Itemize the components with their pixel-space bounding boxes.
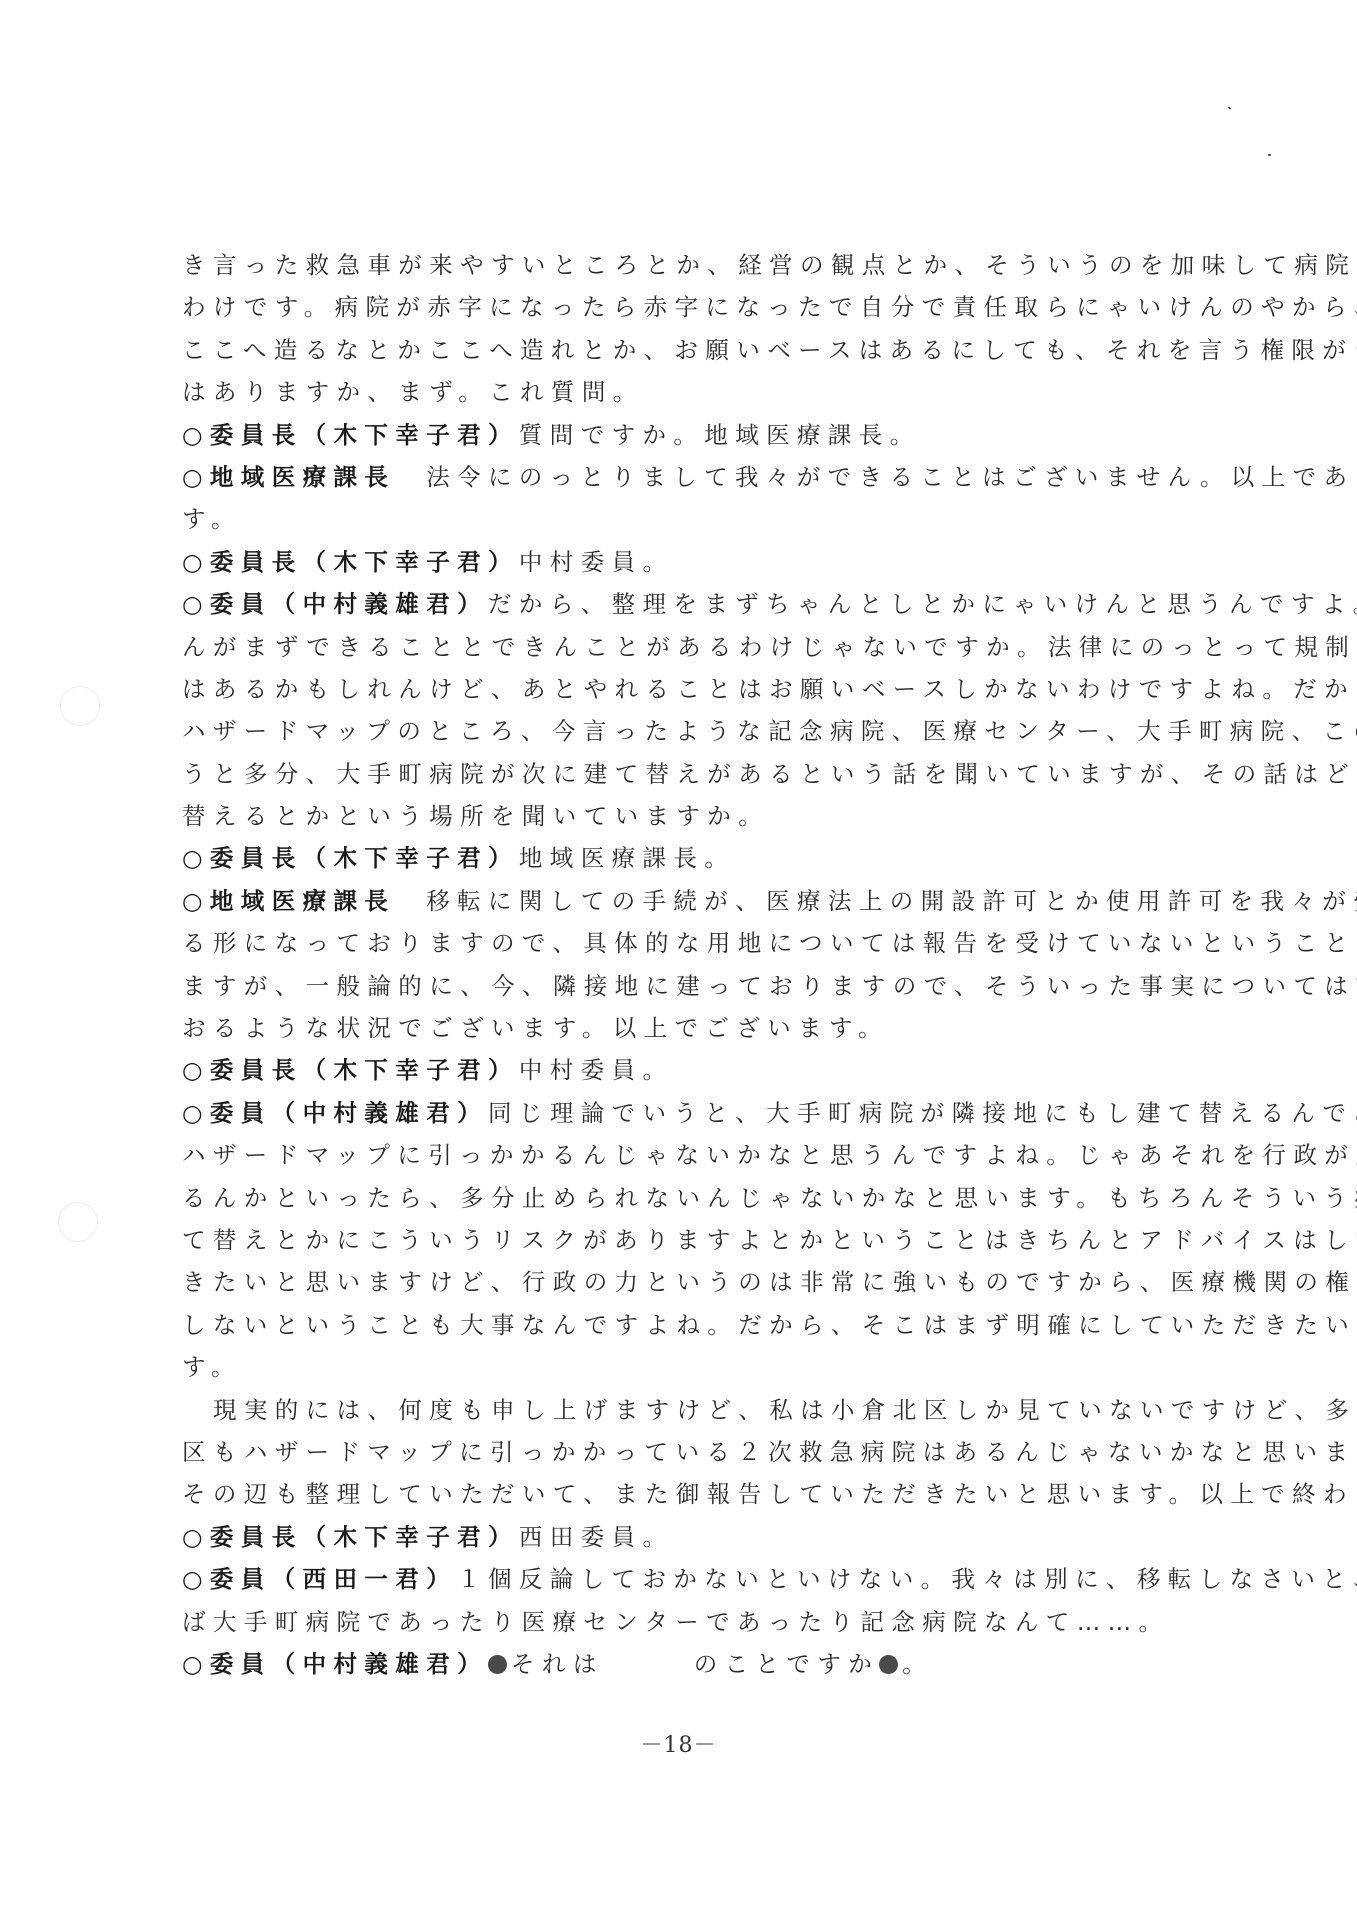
text-line: て替えとかにこういうリスクがありますよとかということはきちんとアドバイスはしてい…	[182, 1219, 1182, 1261]
speaker-line: ○地域医療課長 法令にのっとりまして我々ができることはございません。以上でありま	[182, 456, 1182, 498]
speaker-line: ○委員（中村義雄君）だから、整理をまずちゃんとしとかにゃいけんと思うんですよ。皆…	[182, 583, 1182, 625]
text-line: うと多分、大手町病院が次に建て替えがあるという話を聞いていますが、その話はどこに…	[182, 753, 1182, 795]
document-page: き言った救急車が来やすいところとか、経営の観点とか、そういうのを加味して病院は建…	[0, 0, 1357, 1920]
speaker-label: ○委員（西田一君）	[182, 1565, 457, 1593]
scan-speck	[1228, 106, 1232, 109]
speaker-label: ○委員（中村義雄君）	[182, 590, 488, 618]
text-line: はあるかもしれんけど、あとやれることはお願いベースしかないわけですよね。だから、…	[182, 668, 1182, 710]
paragraph-start-line: 現実的には、何度も申し上げますけど、私は小倉北区しか見ていないですけど、多分よそ…	[182, 1389, 1182, 1431]
redaction-bullet-icon	[879, 1655, 898, 1674]
text-line: ハザードマップに引っかかるんじゃないかなと思うんですよね。じゃあそれを行政が止め…	[182, 1134, 1182, 1176]
text-line: その辺も整理していただいて、また御報告していただきたいと思います。以上で終わりま…	[182, 1473, 1182, 1515]
punch-hole-mark	[60, 686, 100, 726]
speaker-label: ○委員長（木下幸子君）	[182, 548, 519, 576]
speaker-label: ○委員長（木下幸子君）	[182, 1523, 519, 1551]
speaker-line: ○委員長（木下幸子君）中村委員。	[182, 541, 1182, 583]
speaker-line: ○委員（中村義雄君）同じ理論でいうと、大手町病院が隣接地にもし建て替えるんであれ…	[182, 1092, 1182, 1134]
transcript-body: き言った救急車が来やすいところとか、経営の観点とか、そういうのを加味して病院は建…	[182, 244, 1182, 1685]
text-line: ば大手町病院であったり医療センターであったり記念病院なんて……。	[182, 1601, 1182, 1643]
speaker-line: ○委員（西田一君）１個反論しておかないといけない。我々は別に、移転しなさいと、例…	[182, 1558, 1182, 1600]
speaker-line: ○委員（中村義雄君）それはのことですか。	[182, 1643, 1182, 1685]
text-line: す。	[182, 498, 1182, 540]
scan-speck	[1268, 154, 1271, 156]
text-line: 替えるとかという場所を聞いていますか。	[182, 795, 1182, 837]
speaker-label: ○委員長（木下幸子君）	[182, 421, 519, 449]
text-line: ハザードマップのところ、今言ったような記念病院、医療センター、大手町病院、この中…	[182, 710, 1182, 752]
text-line: おるような状況でございます。以上でございます。	[182, 1007, 1182, 1049]
text-line: す。	[182, 1346, 1182, 1388]
text-line: しないということも大事なんですよね。だから、そこはまず明確にしていただきたいと思…	[182, 1304, 1182, 1346]
redaction-bullet-icon	[488, 1655, 507, 1674]
speaker-label: ○委員（中村義雄君）	[182, 1099, 488, 1127]
punch-hole-mark	[58, 1202, 98, 1242]
speaker-line: ○地域医療課長 移転に関しての手続が、医療法上の開設許可とか使用許可を我々が受け…	[182, 880, 1182, 922]
speaker-label: ○委員（中村義雄君）	[182, 1650, 488, 1678]
speaker-line: ○委員長（木下幸子君）西田委員。	[182, 1516, 1182, 1558]
speaker-label: ○地域医療課長	[182, 887, 395, 915]
speaker-label: ○委員長（木下幸子君）	[182, 1056, 519, 1084]
speaker-line: ○委員長（木下幸子君）質問ですか。地域医療課長。	[182, 414, 1182, 456]
text-line: るんかといったら、多分止められないんじゃないかなと思います。もちろんそういう病院…	[182, 1177, 1182, 1219]
text-line: 区もハザードマップに引っかかっている２次救急病院はあるんじゃないかなと思います。…	[182, 1431, 1182, 1473]
speaker-line: ○委員長（木下幸子君）地域医療課長。	[182, 837, 1182, 879]
text-line: んがまずできることとできんことがあるわけじゃないですか。法律にのっとって規制する…	[182, 626, 1182, 668]
speaker-label: ○委員長（木下幸子君）	[182, 844, 519, 872]
text-line: ますが、一般論的に、今、隣接地に建っておりますので、そういった事実については認識…	[182, 965, 1182, 1007]
text-line: ここへ造るなとかここへ造れとか、お願いベースはあるにしても、それを言う権限が皆さ…	[182, 329, 1182, 371]
text-line: き言った救急車が来やすいところとか、経営の観点とか、そういうのを加味して病院は建…	[182, 244, 1182, 286]
text-line: きたいと思いますけど、行政の力というのは非常に強いものですから、医療機関の権利を…	[182, 1261, 1182, 1303]
text-line: わけです。病院が赤字になったら赤字になったで自分で責任取らにゃいけんのやから、行…	[182, 286, 1182, 328]
text-line: はありますか、まず。これ質問。	[182, 371, 1182, 413]
page-number: －18－	[0, 1728, 1357, 1759]
text-line: る形になっておりますので、具体的な用地については報告を受けていないということには…	[182, 922, 1182, 964]
speaker-label: ○地域医療課長	[182, 463, 395, 491]
speaker-line: ○委員長（木下幸子君）中村委員。	[182, 1049, 1182, 1091]
